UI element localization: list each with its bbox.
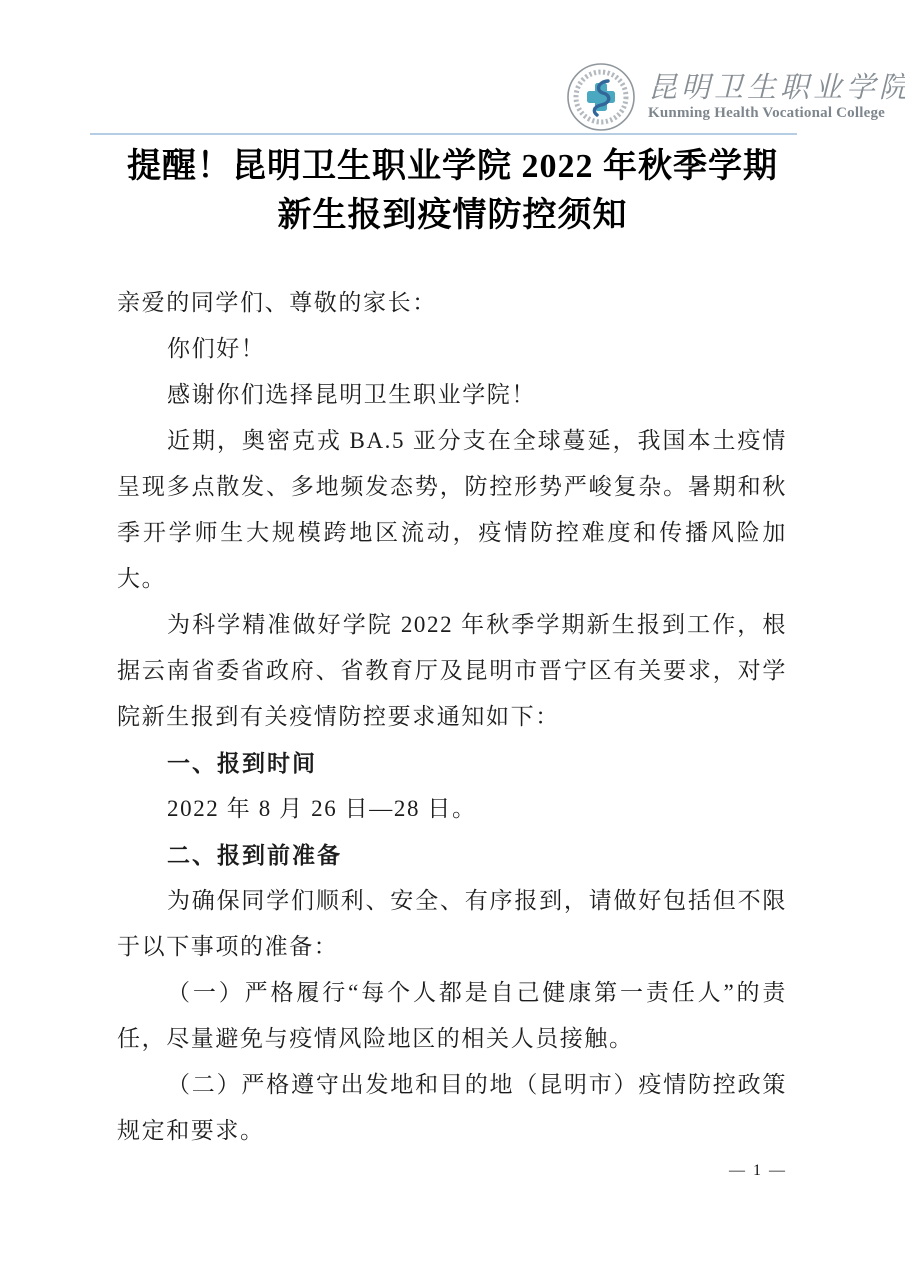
document-title-line2: 新生报到疫情防控须知 [278, 197, 628, 234]
college-logo-text: 昆明卫生职业学院 Kunming Health Vocational Colle… [648, 70, 888, 122]
section-2-heading: 二、报到前准备 [117, 832, 787, 878]
college-name-english: Kunming Health Vocational College [648, 104, 888, 122]
registration-date-line: 2022 年 8 月 26 日—28 日。 [117, 786, 787, 832]
document-page: 昆明卫生职业学院 Kunming Health Vocational Colle… [0, 0, 905, 1280]
document-title: 提醒！昆明卫生职业学院 2022 年秋季学期 新生报到疫情防控须知 [110, 142, 795, 240]
college-seal-icon [566, 62, 636, 132]
header-divider [90, 133, 797, 135]
item-1-paragraph: （一）严格履行“每个人都是自己健康第一责任人”的责任，尽量避免与疫情风险地区的相… [117, 970, 787, 1062]
situation-paragraph: 近期，奥密克戎 BA.5 亚分支在全球蔓延，我国本土疫情呈现多点散发、多地频发态… [117, 418, 787, 602]
page-number: — 1 — [729, 1162, 787, 1180]
policy-basis-paragraph: 为科学精准做好学院 2022 年秋季学期新生报到工作，根据云南省委省政府、省教育… [117, 602, 787, 740]
section-1-heading: 一、报到时间 [117, 740, 787, 786]
greeting-line: 你们好！ [117, 326, 787, 372]
document-body: 亲爱的同学们、尊敬的家长： 你们好！ 感谢你们选择昆明卫生职业学院！ 近期，奥密… [117, 280, 787, 1154]
salutation-line: 亲爱的同学们、尊敬的家长： [117, 280, 787, 326]
thanks-line: 感谢你们选择昆明卫生职业学院！ [117, 372, 787, 418]
item-2-paragraph: （二）严格遵守出发地和目的地（昆明市）疫情防控政策规定和要求。 [117, 1062, 787, 1154]
document-title-line1: 提醒！昆明卫生职业学院 2022 年秋季学期 [127, 148, 778, 185]
college-name-chinese: 昆明卫生职业学院 [648, 70, 888, 104]
preparation-intro-paragraph: 为确保同学们顺利、安全、有序报到，请做好包括但不限于以下事项的准备： [117, 878, 787, 970]
